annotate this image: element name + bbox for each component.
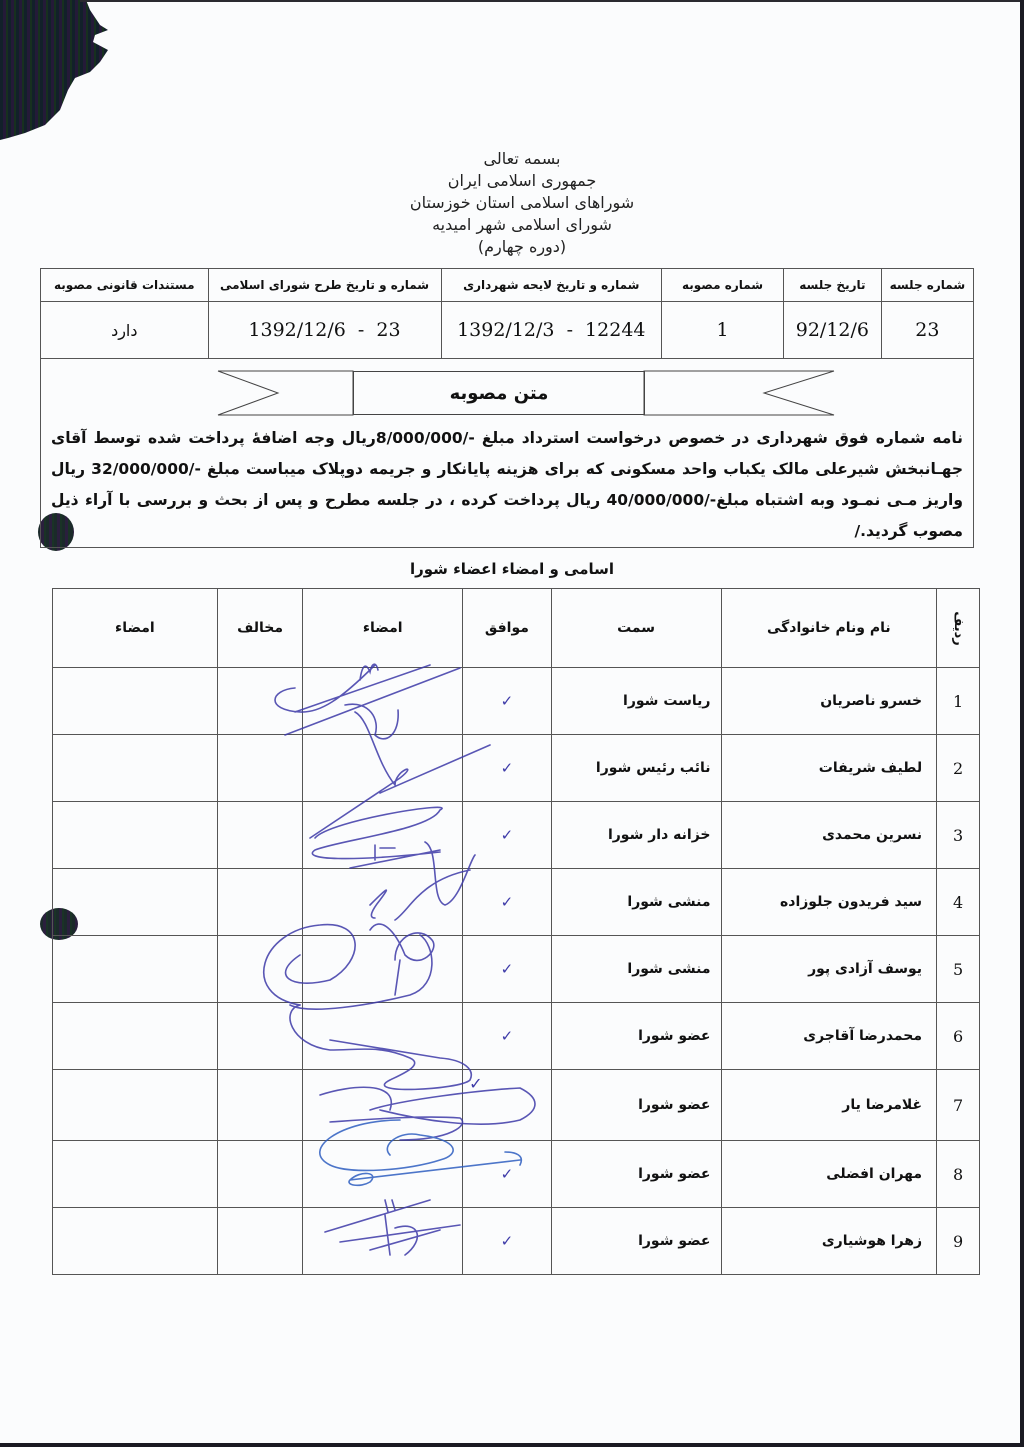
disagree-cell — [217, 1208, 303, 1275]
member-name: مهران افضلی — [721, 1141, 937, 1208]
document-header: بسمه تعالی جمهوری اسلامی ایران شوراهای ا… — [362, 148, 682, 258]
agree-checkmark-icon: ✓ — [463, 1141, 552, 1208]
col-municipality-bill: شماره و تاریخ لایحه شهرداری — [441, 269, 662, 302]
agree-checkmark-icon: ✓ — [463, 1070, 552, 1141]
col-session-date: تاریخ جلسه — [784, 269, 882, 302]
col-session-number: شماره جلسه — [881, 269, 973, 302]
agree-signature-cell — [303, 1208, 463, 1275]
municipality-bill-value: 1392/12/3 - 12244 — [441, 302, 662, 359]
agree-signature-cell — [303, 936, 463, 1003]
scan-edge-top — [80, 0, 1024, 2]
agree-signature-cell — [303, 802, 463, 869]
member-name: خسرو ناصریان — [721, 668, 937, 735]
member-name: لطیف شریفات — [721, 735, 937, 802]
resolution-banner: متن مصوبه — [216, 369, 836, 417]
agree-signature-cell — [303, 668, 463, 735]
disagree-signature-cell — [53, 1070, 218, 1141]
member-index: 2 — [937, 735, 980, 802]
member-name: یوسف آزادی پور — [721, 936, 937, 1003]
disagree-cell — [217, 936, 303, 1003]
council-plan-value: 1392/12/6 - 23 — [208, 302, 441, 359]
disagree-signature-cell — [53, 1141, 218, 1208]
members-header-row: ردیف نام ونام خانوادگی سمت موافق امضاء م… — [53, 589, 980, 668]
legal-documents-value: دارد — [41, 302, 209, 359]
scan-edge-bottom — [0, 1443, 1024, 1447]
member-index: 1 — [937, 668, 980, 735]
member-row: 2 لطیف شریفات نائب رئیس شورا ✓ — [53, 735, 980, 802]
col-signature-disagree: امضاء — [53, 589, 218, 668]
disagree-cell — [217, 802, 303, 869]
agree-checkmark-icon: ✓ — [463, 735, 552, 802]
disagree-cell — [217, 668, 303, 735]
member-index: 4 — [937, 869, 980, 936]
document-page: بسمه تعالی جمهوری اسلامی ایران شوراهای ا… — [0, 0, 1024, 1447]
col-signature-agree: امضاء — [303, 589, 463, 668]
member-name: زهرا هوشیاری — [721, 1208, 937, 1275]
agree-checkmark-icon: ✓ — [463, 1003, 552, 1070]
session-info-table: شماره جلسه تاریخ جلسه شماره مصوبه شماره … — [40, 268, 974, 359]
member-position: منشی شورا — [551, 936, 721, 1003]
member-row: 6 محمدرضا آقاجری عضو شورا ✓ — [53, 1003, 980, 1070]
header-city-council: شورای اسلامی شهر امیدیه — [362, 214, 682, 236]
disagree-signature-cell — [53, 936, 218, 1003]
disagree-signature-cell — [53, 1208, 218, 1275]
resolution-title: متن مصوبه — [353, 371, 645, 415]
agree-signature-cell — [303, 1003, 463, 1070]
members-table: ردیف نام ونام خانوادگی سمت موافق امضاء م… — [52, 588, 980, 1275]
member-index: 8 — [937, 1141, 980, 1208]
member-position: منشی شورا — [551, 869, 721, 936]
col-legal-documents: مستندات قانونی مصوبه — [41, 269, 209, 302]
session-number-value: 23 — [881, 302, 973, 359]
member-row: 9 زهرا هوشیاری عضو شورا ✓ — [53, 1208, 980, 1275]
agree-checkmark-icon: ✓ — [463, 1208, 552, 1275]
member-position: عضو شورا — [551, 1070, 721, 1141]
member-index: 3 — [937, 802, 980, 869]
col-row-label: ردیف — [951, 611, 966, 646]
agree-checkmark-icon: ✓ — [463, 936, 552, 1003]
council-plan-text: 1392/12/6 - 23 — [248, 319, 400, 341]
agree-checkmark-icon: ✓ — [463, 668, 552, 735]
disagree-cell — [217, 1003, 303, 1070]
agree-signature-cell — [303, 1070, 463, 1141]
member-row: 8 مهران افضلی عضو شورا ✓ — [53, 1141, 980, 1208]
member-position: نائب رئیس شورا — [551, 735, 721, 802]
members-title: اسامی و امضاء اعضاء شورا — [300, 560, 724, 578]
agree-checkmark-icon: ✓ — [463, 869, 552, 936]
session-info-value-row: 23 92/12/6 1 1392/12/3 - 12244 1392/12/6… — [41, 302, 974, 359]
session-date-value: 92/12/6 — [784, 302, 882, 359]
disagree-cell — [217, 1141, 303, 1208]
agree-signature-cell — [303, 1141, 463, 1208]
member-position: عضو شورا — [551, 1208, 721, 1275]
municipality-bill-text: 1392/12/3 - 12244 — [457, 319, 645, 341]
disagree-cell — [217, 869, 303, 936]
resolution-box: متن مصوبه نامه شماره فوق شهرداری در خصوص… — [40, 357, 974, 548]
member-name: غلامرضا یار — [721, 1070, 937, 1141]
member-position: ریاست شورا — [551, 668, 721, 735]
agree-signature-cell — [303, 735, 463, 802]
member-row: 5 یوسف آزادی پور منشی شورا ✓ — [53, 936, 980, 1003]
disagree-signature-cell — [53, 869, 218, 936]
member-position: خزانه دار شورا — [551, 802, 721, 869]
resolution-text: نامه شماره فوق شهرداری در خصوص درخواست ا… — [51, 423, 963, 547]
disagree-cell — [217, 1070, 303, 1141]
member-row: 7 غلامرضا یار عضو شورا ✓ — [53, 1070, 980, 1141]
col-row: ردیف — [937, 589, 980, 668]
col-name: نام ونام خانوادگی — [721, 589, 937, 668]
resolution-number-value: 1 — [662, 302, 784, 359]
member-index: 7 — [937, 1070, 980, 1141]
member-name: سید فریدون جلوزاده — [721, 869, 937, 936]
col-resolution-number: شماره مصوبه — [662, 269, 784, 302]
header-province-councils: شوراهای اسلامی استان خوزستان — [362, 192, 682, 214]
col-council-plan: شماره و تاریخ طرح شورای اسلامی — [208, 269, 441, 302]
disagree-cell — [217, 735, 303, 802]
agree-signature-cell — [303, 869, 463, 936]
disagree-signature-cell — [53, 802, 218, 869]
col-disagree: مخالف — [217, 589, 303, 668]
col-position: سمت — [551, 589, 721, 668]
col-agree: موافق — [463, 589, 552, 668]
member-position: عضو شورا — [551, 1141, 721, 1208]
header-term: (دوره چهارم) — [362, 236, 682, 258]
scan-edge-right — [1020, 0, 1024, 1447]
member-row: 1 خسرو ناصریان ریاست شورا ✓ — [53, 668, 980, 735]
member-row: 4 سید فریدون جلوزاده منشی شورا ✓ — [53, 869, 980, 936]
member-name: محمدرضا آقاجری — [721, 1003, 937, 1070]
member-row: 3 نسرین محمدی خزانه دار شورا ✓ — [53, 802, 980, 869]
disagree-signature-cell — [53, 1003, 218, 1070]
torn-corner — [0, 0, 120, 150]
disagree-signature-cell — [53, 668, 218, 735]
member-name: نسرین محمدی — [721, 802, 937, 869]
disagree-signature-cell — [53, 735, 218, 802]
header-country: جمهوری اسلامی ایران — [362, 170, 682, 192]
member-index: 6 — [937, 1003, 980, 1070]
session-info-header-row: شماره جلسه تاریخ جلسه شماره مصوبه شماره … — [41, 269, 974, 302]
agree-checkmark-icon: ✓ — [463, 802, 552, 869]
member-index: 5 — [937, 936, 980, 1003]
member-index: 9 — [937, 1208, 980, 1275]
member-position: عضو شورا — [551, 1003, 721, 1070]
header-basmala: بسمه تعالی — [362, 148, 682, 170]
